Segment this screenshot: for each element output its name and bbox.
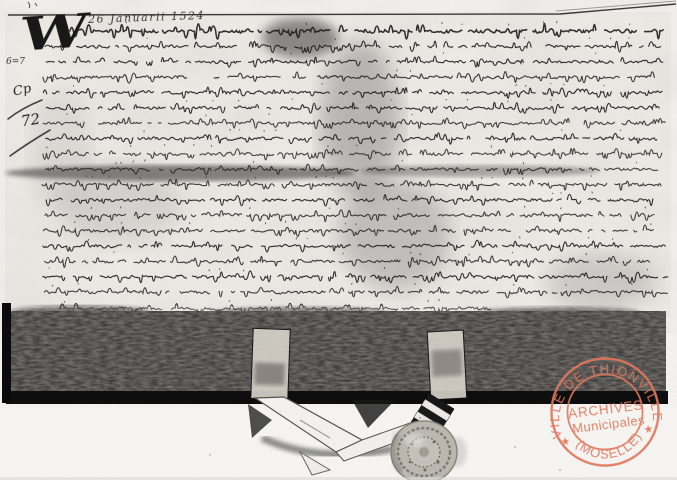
photo-grain-overlay: [0, 0, 677, 480]
margin-note-1: 6=7: [6, 57, 25, 67]
initial-letter: W: [18, 3, 91, 61]
margin-note-3: 72: [20, 110, 42, 131]
manuscript-photo-svg: VILLE DE THIONVILLE (MOSELLE) ARCHIVES M…: [0, 0, 677, 480]
archival-photograph: VILLE DE THIONVILLE (MOSELLE) ARCHIVES M…: [0, 0, 677, 480]
